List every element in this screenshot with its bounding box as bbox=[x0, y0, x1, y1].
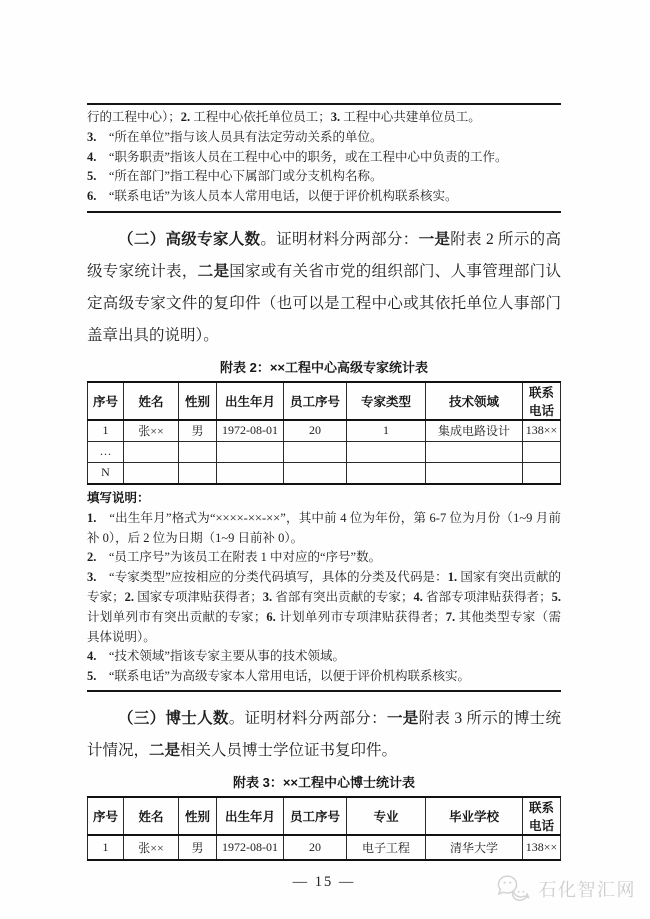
document-page: 行的工程中心）；2. 工程中心依托单位员工；3. 工程中心共建单位员工。 3. … bbox=[0, 0, 650, 919]
column-header: 联系电话 bbox=[523, 797, 561, 835]
text-segment: 5. bbox=[87, 169, 96, 183]
column-header: 技术领域 bbox=[426, 382, 523, 420]
table-cell: 138×× bbox=[523, 835, 561, 860]
text-segment: 4. bbox=[413, 590, 426, 604]
table-cell: 1972-08-01 bbox=[217, 835, 284, 860]
column-header: 专家类型 bbox=[347, 382, 426, 420]
watermark-text: 石化智汇网 bbox=[539, 876, 637, 902]
text-segment: 1. bbox=[448, 570, 461, 584]
text-segment: 工程中心依托单位员工； bbox=[193, 110, 331, 124]
table-row: … bbox=[88, 441, 561, 462]
table-cell bbox=[347, 441, 426, 462]
text-segment: “出生年月”格式为“××××-××-××”，其中前 4 位为年份，第 6-7 位… bbox=[87, 511, 561, 545]
text-segment: 二是 bbox=[149, 742, 180, 759]
note-item: 4. “技术领域”指该专家主要从事的技术领域。 bbox=[87, 647, 561, 667]
column-header: 专业 bbox=[347, 797, 426, 835]
text-segment: 3. bbox=[331, 110, 344, 124]
table2-notes-block: 填写说明： 1. “出生年月”格式为“××××-××-××”，其中前 4 位为年… bbox=[87, 485, 561, 692]
note-line: 行的工程中心）；2. 工程中心依托单位员工；3. 工程中心共建单位员工。 bbox=[87, 108, 561, 128]
column-header: 员工序号 bbox=[284, 382, 347, 420]
table-cell: 张×× bbox=[124, 835, 179, 860]
note-item: 2. “员工序号”为该员工在附表 1 中对应的“序号”数。 bbox=[87, 548, 561, 568]
table-cell: 男 bbox=[179, 420, 217, 442]
previous-notes-continued-block: 行的工程中心）；2. 工程中心依托单位员工；3. 工程中心共建单位员工。 3. … bbox=[87, 103, 561, 213]
text-segment: “技术领域”指该专家主要从事的技术领域。 bbox=[96, 649, 345, 663]
text-segment: （二）高级专家人数 bbox=[118, 231, 260, 248]
table-cell bbox=[523, 462, 561, 484]
table-cell: 1 bbox=[88, 420, 124, 442]
text-segment: 省部有突出贡献的专家； bbox=[275, 590, 413, 604]
text-segment: 工程中心共建单位员工。 bbox=[343, 110, 481, 124]
text-segment: 省部专项津贴获得者； bbox=[426, 590, 552, 604]
table-cell bbox=[284, 441, 347, 462]
text-segment: “所在部门”指工程中心下属部门或分支机构名称。 bbox=[96, 169, 382, 183]
note-item: 3. “专家类型”应按相应的分类代码填写，具体的分类及代码是：1. 国家有突出贡… bbox=[87, 568, 561, 647]
table-row: N bbox=[88, 462, 561, 484]
column-header: 联系电话 bbox=[523, 382, 561, 420]
text-segment: 1. bbox=[87, 511, 96, 525]
table-cell: 1972-08-01 bbox=[217, 420, 284, 442]
table-cell: 1 bbox=[347, 420, 426, 442]
table-cell: 男 bbox=[179, 835, 217, 860]
table3-title: 附表 3：××工程中心博士统计表 bbox=[87, 774, 561, 792]
table-cell bbox=[347, 462, 426, 484]
column-header: 毕业学校 bbox=[426, 797, 523, 835]
text-segment: 2. bbox=[87, 550, 96, 564]
note-line: 5. “所在部门”指工程中心下属部门或分支机构名称。 bbox=[87, 167, 561, 187]
text-segment: 一是 bbox=[419, 231, 451, 248]
notes-title: 填写说明： bbox=[87, 489, 561, 509]
header-row: 序号姓名性别出生年月员工序号专家类型技术领域联系电话 bbox=[88, 382, 561, 420]
note-line: 6. “联系电话”为该人员本人常用电话，以便于评价机构联系核实。 bbox=[87, 187, 561, 207]
text-segment: 。证明材料分两部分： bbox=[229, 710, 387, 727]
doctor-table: 序号姓名性别出生年月员工序号专业毕业学校联系电话1张××男1972-08-012… bbox=[87, 796, 561, 861]
table-cell bbox=[523, 441, 561, 462]
page-number: — 15 — bbox=[87, 874, 561, 891]
column-header: 姓名 bbox=[124, 797, 179, 835]
text-segment: 一是 bbox=[387, 710, 419, 727]
table-row: 1张××男1972-08-01201集成电路设计138×× bbox=[88, 420, 561, 442]
text-segment: 5. bbox=[87, 669, 96, 683]
header-row: 序号姓名性别出生年月员工序号专业毕业学校联系电话 bbox=[88, 797, 561, 835]
table-cell bbox=[426, 462, 523, 484]
text-segment: 计划单列市有突出贡献的专家； bbox=[87, 610, 266, 624]
text-segment: “联系电话”为该人员本人常用电话，以便于评价机构联系核实。 bbox=[96, 189, 457, 203]
text-segment: 6. bbox=[87, 189, 96, 203]
table-cell: 20 bbox=[284, 420, 347, 442]
text-segment: “员工序号”为该员工在附表 1 中对应的“序号”数。 bbox=[96, 550, 381, 564]
text-segment: 6. bbox=[266, 610, 279, 624]
paragraph-senior-experts: （二）高级专家人数。证明材料分两部分：一是附表 2 所示的高级专家统计表，二是国… bbox=[87, 224, 561, 352]
text-segment: 3. bbox=[263, 590, 276, 604]
table-cell: N bbox=[88, 462, 124, 484]
table-cell: 1 bbox=[88, 835, 124, 860]
column-header: 员工序号 bbox=[284, 797, 347, 835]
text-segment: “所在单位”指与该人员具有法定劳动关系的单位。 bbox=[96, 130, 382, 144]
note-line: 4. “职务职责”指该人员在工程中心中的职务，或在工程中心中负责的工作。 bbox=[87, 148, 561, 168]
note-item: 5. “联系电话”为高级专家本人常用电话，以便于评价机构联系核实。 bbox=[87, 667, 561, 687]
table-cell: … bbox=[88, 441, 124, 462]
table-cell bbox=[179, 462, 217, 484]
paragraph-doctors: （三）博士人数。证明材料分两部分：一是附表 3 所示的博士统计情况，二是相关人员… bbox=[87, 703, 561, 767]
table-cell: 张×× bbox=[124, 420, 179, 442]
text-segment: 国家专项津贴获得者； bbox=[137, 590, 263, 604]
table-cell bbox=[179, 441, 217, 462]
text-segment: 3. bbox=[87, 130, 96, 144]
text-segment: “职务职责”指该人员在工程中心中的职务，或在工程中心中负责的工作。 bbox=[96, 150, 507, 164]
table-cell: 电子工程 bbox=[347, 835, 426, 860]
text-segment: 相关人员博士学位证书复印件。 bbox=[180, 742, 397, 759]
text-segment: 3. bbox=[87, 570, 96, 584]
text-segment: 4. bbox=[87, 150, 96, 164]
text-segment: 2. bbox=[181, 110, 194, 124]
page-content: 行的工程中心）；2. 工程中心依托单位员工；3. 工程中心共建单位员工。 3. … bbox=[87, 0, 561, 891]
text-segment: 计划单列市专项津贴获得者； bbox=[279, 610, 446, 624]
column-header: 姓名 bbox=[124, 382, 179, 420]
table-cell bbox=[217, 462, 284, 484]
note-item: 1. “出生年月”格式为“××××-××-××”，其中前 4 位为年份，第 6-… bbox=[87, 509, 561, 549]
text-segment: 行的工程中心）； bbox=[87, 110, 181, 124]
table2-title: 附表 2：××工程中心高级专家统计表 bbox=[87, 359, 561, 377]
table-cell bbox=[124, 462, 179, 484]
table-cell bbox=[426, 441, 523, 462]
text-segment: 二是 bbox=[198, 263, 230, 280]
text-segment: “联系电话”为高级专家本人常用电话，以便于评价机构联系核实。 bbox=[96, 669, 470, 683]
column-header: 性别 bbox=[179, 797, 217, 835]
text-segment: 7. bbox=[446, 610, 459, 624]
chat-bubbles-icon bbox=[496, 874, 534, 904]
column-header: 性别 bbox=[179, 382, 217, 420]
text-segment: 2. bbox=[125, 590, 138, 604]
column-header: 序号 bbox=[88, 382, 124, 420]
senior-expert-table: 序号姓名性别出生年月员工序号专家类型技术领域联系电话1张××男1972-08-0… bbox=[87, 381, 561, 485]
table-cell: 集成电路设计 bbox=[426, 420, 523, 442]
table-cell bbox=[284, 462, 347, 484]
text-segment: “专家类型”应按相应的分类代码填写，具体的分类及代码是： bbox=[96, 570, 447, 584]
text-segment: 。证明材料分两部分： bbox=[260, 231, 418, 248]
text-segment: 4. bbox=[87, 649, 96, 663]
text-segment: 5. bbox=[552, 590, 561, 604]
note-line: 3. “所在单位”指与该人员具有法定劳动关系的单位。 bbox=[87, 128, 561, 148]
table-cell: 清华大学 bbox=[426, 835, 523, 860]
watermark: 石化智汇网 bbox=[496, 874, 637, 904]
column-header: 序号 bbox=[88, 797, 124, 835]
table-row: 1张××男1972-08-0120电子工程清华大学138×× bbox=[88, 835, 561, 860]
table-cell bbox=[124, 441, 179, 462]
text-segment: （三）博士人数 bbox=[118, 710, 229, 727]
column-header: 出生年月 bbox=[217, 797, 284, 835]
table-cell: 20 bbox=[284, 835, 347, 860]
table-cell bbox=[217, 441, 284, 462]
column-header: 出生年月 bbox=[217, 382, 284, 420]
table-cell: 138×× bbox=[523, 420, 561, 442]
